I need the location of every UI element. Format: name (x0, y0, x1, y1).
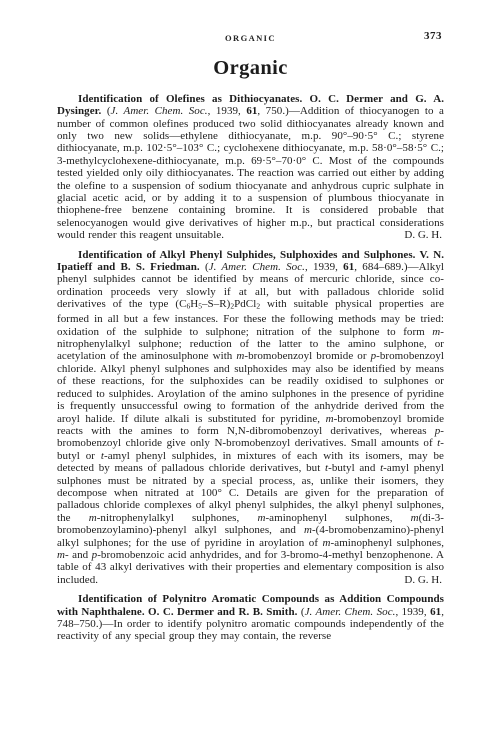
abstracts: Identification of Olefines as Dithiocyan… (57, 93, 444, 643)
text-run: , 1939, (395, 606, 430, 618)
text-run: -nitrophenylalkyl sulphones, (97, 512, 258, 524)
text-run: 61 (343, 261, 354, 273)
text-run: J. Amer. Chem. Soc. (111, 105, 208, 117)
text-run: m (304, 524, 312, 536)
journal-page: ORGANIC 373 Organic Identification of Ol… (0, 0, 500, 731)
abstract-text: Identification of Olefines as Dithiocyan… (57, 93, 444, 242)
section-title: Organic (57, 57, 444, 79)
abstract-text: Identification of Alkyl Phenyl Sulphides… (57, 249, 444, 587)
text-run: , 1939, (208, 105, 247, 117)
text-run: m (323, 537, 331, 549)
running-head: ORGANIC 373 (57, 33, 444, 46)
abstract-polynitro-aromatic-compounds: Identification of Polynitro Aromatic Com… (57, 593, 444, 643)
text-run: , 1939, (305, 261, 343, 273)
text-block: ORGANIC 373 Organic Identification of Ol… (57, 0, 444, 643)
text-run: -aminophenyl sulphones, (265, 512, 410, 524)
text-run: –S–R) (202, 298, 230, 310)
page-number: 373 (424, 30, 442, 42)
text-run: 61 (430, 606, 441, 618)
text-run: J. Amer. Chem. Soc. (209, 261, 305, 273)
text-run: m (411, 512, 419, 524)
abstract-olefines-dithiocyanates: Identification of Olefines as Dithiocyan… (57, 93, 444, 242)
abstract-alkyl-phenyl-sulphides-sulphoxides-sulphones: Identification of Alkyl Phenyl Sulphides… (57, 249, 444, 587)
text-run: -butyl and (328, 462, 380, 474)
text-run: 61 (246, 105, 257, 117)
running-title: ORGANIC (57, 33, 444, 43)
text-run: m (89, 512, 97, 524)
text-run: -bromobenzoyl bromide or (244, 350, 370, 362)
abstract-text: Identification of Polynitro Aromatic Com… (57, 593, 444, 643)
text-run: -aminophenyl sulphones, (331, 537, 444, 549)
abstractor-initials: D. G. H. (57, 574, 444, 586)
text-run: PdCl (234, 298, 256, 310)
text-run: J. Amer. Chem. Soc. (305, 606, 396, 618)
text-run: , 750.)—Addition of thiocyanogen to a nu… (57, 105, 444, 241)
text-run: m (57, 549, 65, 561)
text-run: - and (65, 549, 92, 561)
text-run: m (326, 413, 334, 425)
